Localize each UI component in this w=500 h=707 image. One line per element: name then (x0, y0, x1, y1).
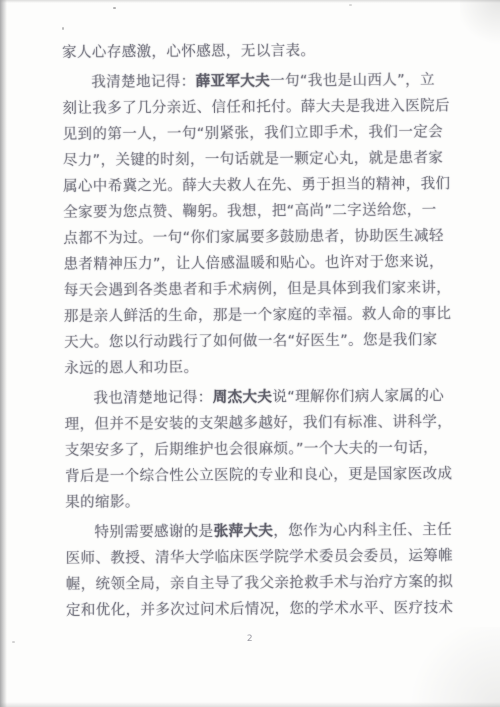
text-segment: 刻让我多了几分亲近、信任和托付。薛大夫是我进入医院后 (62, 98, 450, 117)
text-segment: 理，但并不是安装的支架越多越好，我们有标准、讲科学， (65, 414, 453, 433)
paragraph: 我也清楚地记得：周杰大夫说“理解你们病人家属的心理，但并不是安装的支架越多越好，… (64, 383, 465, 516)
text-segment: 我也清楚地记得： (93, 390, 212, 407)
letter-body: 家人心存感激，心怀感恩，无以言表。我清楚地记得：薛亚军大夫一句“我也是山西人”，… (62, 37, 466, 624)
text-line: 点都不为过。一句“你们家属要多鼓励患者，协助医生减轻 (63, 223, 463, 252)
text-segment: 见到的第一人，一句“别紧张，我们立即手术，我们一定会 (63, 124, 444, 143)
text-segment: 尽力”，关键的时刻，一句话就是一颗定心丸，就是患者家 (63, 150, 444, 169)
text-segment: ，您作为心内科主任、主任 (273, 522, 452, 539)
text-line: 支架安多了，后期维护也会很麻烦。”一个大夫的一句话， (65, 435, 465, 464)
text-segment: 家人心存感激，心怀感恩，无以言表。 (62, 43, 315, 61)
text-line: 家人心存感激，心怀感恩，无以言表。 (62, 37, 462, 66)
text-segment: 属心中希冀之光。薛大夫救人在先、勇于担当的精神，我们 (63, 176, 451, 195)
text-line: 尽力”，关键的时刻，一句话就是一颗定心丸，就是患者家 (63, 145, 463, 174)
text-segment: 背后是一个综合性公立医院的专业和良心，更是国家医改成 (65, 466, 453, 485)
text-line: 定和优化，并多次过问术后情况，您的学术水平、医疗技术 (66, 595, 466, 624)
text-segment: 果的缩影。 (65, 494, 140, 511)
text-line: 刻让我多了几分亲近、信任和托付。薛大夫是我进入医院后 (62, 93, 462, 122)
text-line: 背后是一个综合性公立医院的专业和良心，更是国家医改成 (65, 461, 465, 490)
doctor-name-text: 张萍大夫 (214, 524, 274, 540)
paragraph: 特别需要感谢的是张萍大夫，您作为心内科主任、主任医师、教授、清华大学临床医学院学… (65, 517, 466, 624)
text-segment: 定和优化，并多次过问术后情况，您的学术水平、医疗技术 (66, 600, 454, 619)
doctor-name-text: 薛亚军大夫 (196, 74, 271, 91)
text-line: 见到的第一人，一句“别紧张，我们立即手术，我们一定会 (63, 119, 463, 148)
text-line: 那是亲人鲜活的生命，那是一个家庭的幸福。救人命的事比 (64, 301, 464, 330)
text-line: 果的缩影。 (65, 487, 465, 516)
doctor-name-text: 周杰大夫 (213, 390, 273, 406)
text-line: 天大。您以行动践行了如何做一名“好医生”。您是我们家 (64, 327, 464, 356)
text-segment: 支架安多了，后期维护也会很麻烦。”一个大夫的一句话， (65, 440, 438, 459)
scan-speck (113, 7, 116, 9)
text-line: 每天会遇到各类患者和手术病例，但是具体到我们家来讲， (64, 275, 464, 304)
scanner-edge-top (0, 0, 500, 3)
page-number: 2 (0, 634, 500, 644)
text-line: 患者精神压力”，让人倍感温暖和贴心。也许对于您来说， (63, 249, 463, 278)
paragraph: 家人心存感激，心怀感恩，无以言表。 (62, 37, 462, 66)
text-line: 全家要为您点赞、鞠躬。我想，把“高尚”二字送给您，一 (63, 197, 463, 226)
paragraph: 我清楚地记得：薛亚军大夫一句“我也是山西人”，立刻让我多了几分亲近、信任和托付。… (62, 67, 464, 382)
text-segment: 患者精神压力”，让人倍感温暖和贴心。也许对于您来说， (64, 254, 445, 273)
scan-speck (62, 27, 64, 30)
scan-speck (349, 4, 352, 6)
scanner-edge-left (0, 0, 7, 707)
text-segment: 全家要为您点赞、鞠躬。我想，把“高尚”二字送给您，一 (63, 202, 437, 221)
text-line: 特别需要感谢的是张萍大夫，您作为心内科主任、主任 (65, 517, 465, 546)
text-segment: 每天会遇到各类患者和手术病例，但是具体到我们家来讲， (64, 280, 452, 299)
text-line: 我清楚地记得：薛亚军大夫一句“我也是山西人”，立 (62, 67, 462, 96)
text-segment: 那是亲人鲜活的生命，那是一个家庭的幸福。救人命的事比 (64, 306, 452, 325)
text-segment: 幄，统领全局，亲自主导了我父亲抢救手术与治疗方案的拟 (66, 574, 454, 593)
text-segment: 我清楚地记得： (91, 74, 195, 91)
scanned-page: 家人心存感激，心怀感恩，无以言表。我清楚地记得：薛亚军大夫一句“我也是山西人”，… (0, 0, 500, 707)
text-line: 医师、教授、清华大学临床医学院学术委员会委员，运筹帷 (66, 543, 466, 572)
text-segment: 说“理解你们病人家属的心 (272, 388, 444, 405)
text-line: 属心中希冀之光。薛大夫救人在先、勇于担当的精神，我们 (63, 171, 463, 200)
text-segment: 一句“我也是山西人”，立 (270, 72, 435, 89)
text-line: 我也清楚地记得：周杰大夫说“理解你们病人家属的心 (64, 383, 464, 412)
text-line: 理，但并不是安装的支架越多越好，我们有标准、讲科学， (65, 409, 465, 438)
text-line: 幄，统领全局，亲自主导了我父亲抢救手术与治疗方案的拟 (66, 569, 466, 598)
text-segment: 天大。您以行动践行了如何做一名“好医生”。您是我们家 (64, 332, 438, 351)
scan-shadow-top-right (460, 0, 500, 50)
text-segment: 医师、教授、清华大学临床医学院学术委员会委员，运筹帷 (66, 548, 454, 567)
text-segment: 特别需要感谢的是 (94, 524, 213, 541)
text-segment: 点都不为过。一句“你们家属要多鼓励患者，协助医生减轻 (63, 228, 444, 247)
text-line: 永远的恩人和功臣。 (64, 353, 464, 382)
text-segment: 永远的恩人和功臣。 (64, 360, 198, 377)
